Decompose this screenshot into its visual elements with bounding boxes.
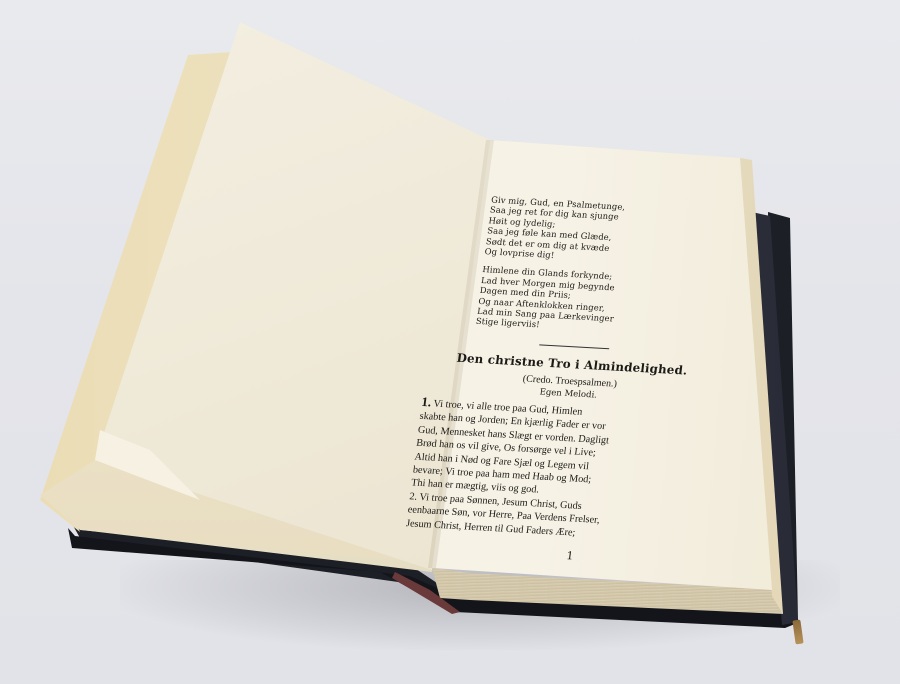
section-divider: [539, 344, 609, 349]
verse-1: Giv mig, Gud, en Psalmetunge, Saa jeg re…: [484, 194, 737, 270]
stanza-number: 1.: [421, 394, 433, 409]
verse-2: Himlene din Glands forkynde; Lad hver Mo…: [475, 265, 728, 341]
hymn-body: 1. Vi troe, vi alle troe paa Gud, Himlen…: [405, 395, 712, 547]
photo-scene: Giv mig, Gud, en Psalmetunge, Saa jeg re…: [0, 0, 900, 684]
right-page-text: Giv mig, Gud, en Psalmetunge, Saa jeg re…: [402, 192, 737, 569]
